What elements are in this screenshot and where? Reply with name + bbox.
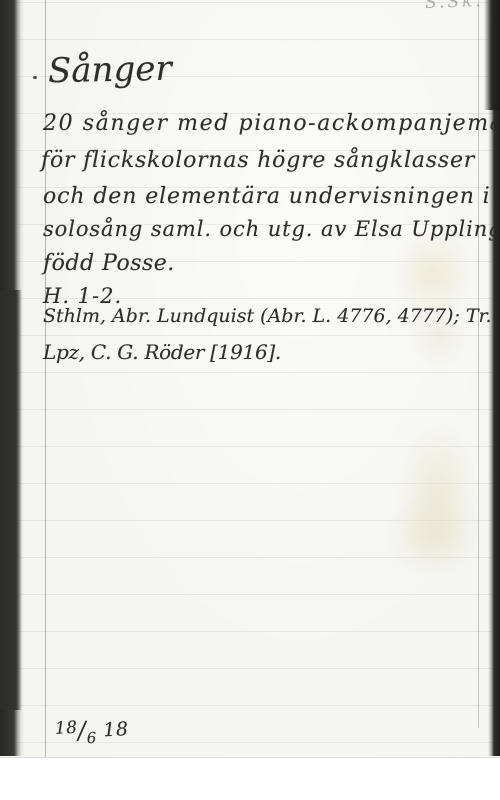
scanned-catalog-card: S.Sk. Sånger 20 sånger med piano-ackompa… [0, 0, 500, 800]
pencil-corner-mark: S.Sk. [425, 0, 484, 13]
bleed-through-mark [386, 495, 478, 575]
handwritten-line: solosång saml. och utg. av Elsa Uppling [43, 217, 500, 241]
left-binding-shadow [0, 0, 24, 756]
handwritten-line: född Posse. [43, 251, 175, 276]
paper-sheet: S.Sk. Sånger 20 sånger med piano-ackompa… [0, 0, 500, 758]
handwritten-line: 20 sånger med piano-ackompanjemang [43, 111, 500, 136]
date-year: 18 [103, 718, 129, 741]
date-day: 18 [54, 718, 78, 739]
date-annotation: 18/618 [54, 713, 129, 745]
right-margin-rule [478, 0, 479, 728]
handwritten-line: Lpz, C. G. Röder [1916]. [43, 340, 281, 364]
handwritten-line: Sthlm, Abr. Lundquist (Abr. L. 4776, 477… [43, 305, 492, 327]
right-binding-shadow [488, 0, 500, 756]
bleed-through-mark [398, 420, 476, 570]
date-month: 6 [86, 729, 97, 748]
page-title: Sånger [48, 49, 172, 92]
handwritten-line: för flickskolornas högre sångklasser [41, 148, 475, 173]
ink-dot-mark [33, 76, 37, 79]
handwritten-line: och den elementära undervisningen i [43, 184, 491, 209]
